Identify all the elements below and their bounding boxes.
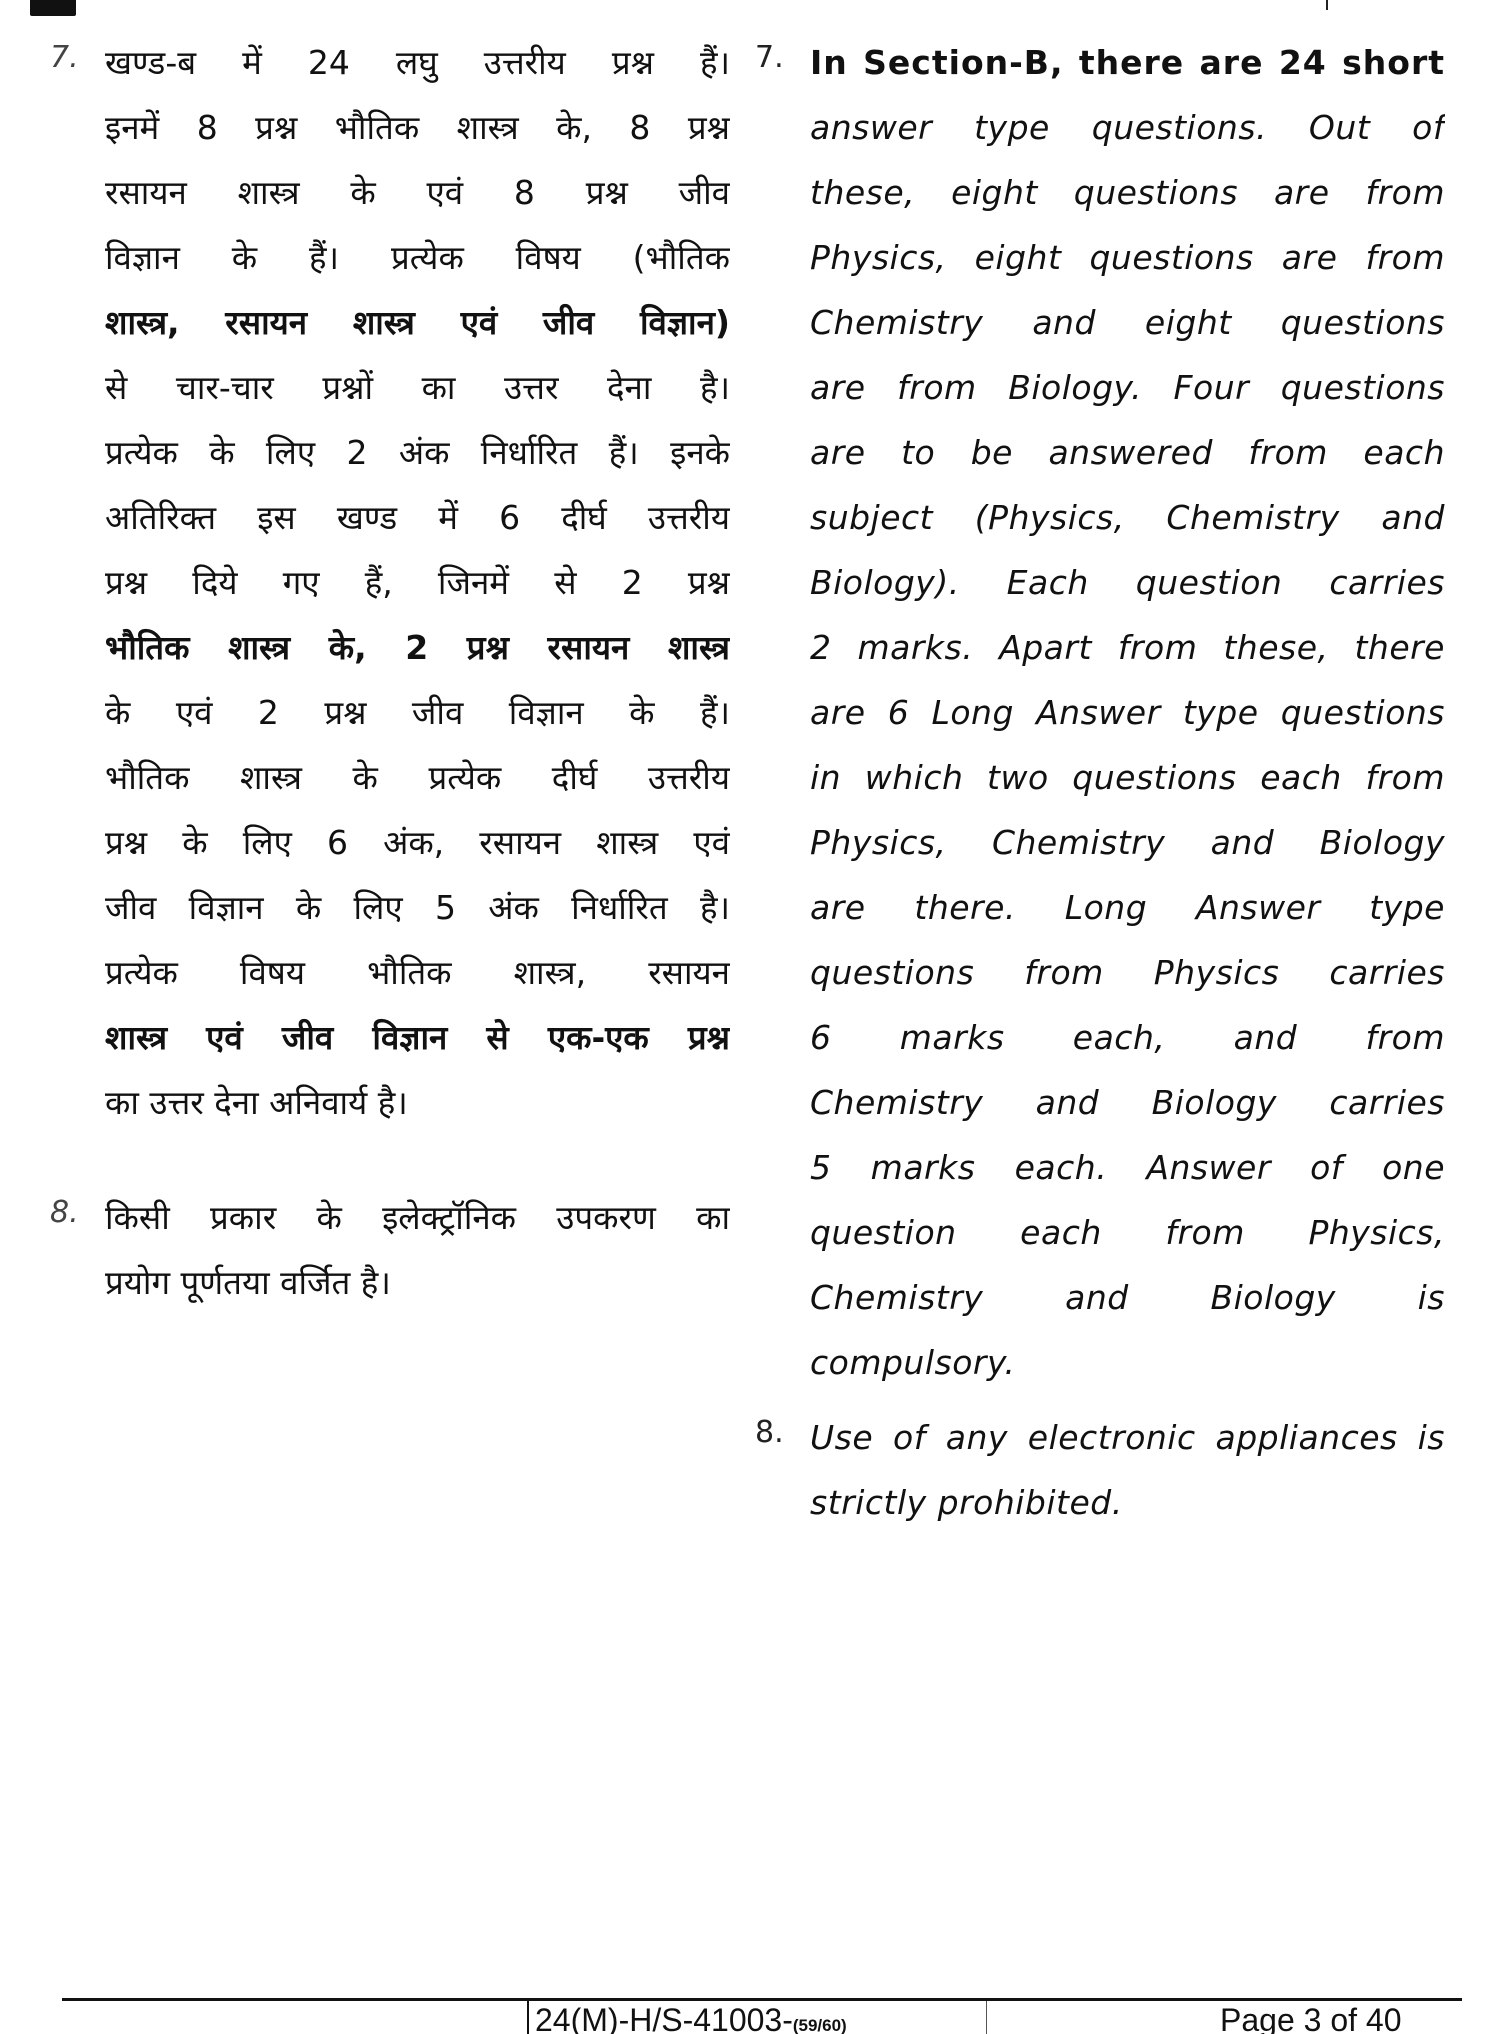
text-line: अतिरिक्त इस खण्ड में 6 दीर्घ उत्तरीय bbox=[105, 485, 730, 550]
text-line: प्रयोग पूर्णतया वर्जित है। bbox=[105, 1250, 730, 1315]
text-line: subject (Physics, Chemistry and bbox=[810, 485, 1445, 550]
text-line: strictly prohibited. bbox=[810, 1470, 1445, 1535]
corner-marker bbox=[30, 0, 76, 16]
text-line: answer type questions. Out of bbox=[810, 95, 1445, 160]
text-line: are to be answered from each bbox=[810, 420, 1445, 485]
text-line: Physics, Chemistry and Biology bbox=[810, 810, 1445, 875]
text-line: are 6 Long Answer type questions bbox=[810, 680, 1445, 745]
paper-code-suffix: (59/60) bbox=[793, 2016, 847, 2034]
text-line: Chemistry and eight questions bbox=[810, 290, 1445, 355]
text-line: question each from Physics, bbox=[810, 1200, 1445, 1265]
text-line: Biology). Each question carries bbox=[810, 550, 1445, 615]
english-instruction-8: 8. Use of any electronic appliances is s… bbox=[755, 1405, 1445, 1535]
text-line: प्रत्येक विषय भौतिक शास्त्र, रसायन bbox=[105, 940, 730, 1005]
text-line: प्रत्येक के लिए 2 अंक निर्धारित हैं। इनक… bbox=[105, 420, 730, 485]
paper-code: 24(M)-H/S-41003-(59/60) bbox=[527, 2001, 987, 2034]
item-number: 8. bbox=[50, 1195, 79, 1230]
text-line: are there. Long Answer type bbox=[810, 875, 1445, 940]
english-instruction-7: 7. In Section-B, there are 24 short answ… bbox=[755, 30, 1445, 1395]
text-line: जीव विज्ञान के लिए 5 अंक निर्धारित है। bbox=[105, 875, 730, 940]
page-number: Page 3 of 40 bbox=[1220, 2001, 1401, 2034]
text-line: शास्त्र एवं जीव विज्ञान से एक-एक प्रश्न bbox=[105, 1005, 730, 1070]
hindi-instruction-7: 7. खण्ड-ब में 24 लघु उत्तरीय प्रश्न हैं।… bbox=[50, 30, 730, 1135]
text-line: in which two questions each from bbox=[810, 745, 1445, 810]
item-number: 8. bbox=[755, 1415, 784, 1450]
text-line: के एवं 2 प्रश्न जीव विज्ञान के हैं। bbox=[105, 680, 730, 745]
text-line: इनमें 8 प्रश्न भौतिक शास्त्र के, 8 प्रश्… bbox=[105, 95, 730, 160]
text-line: 5 marks each. Answer of one bbox=[810, 1135, 1445, 1200]
text-line: किसी प्रकार के इलेक्ट्रॉनिक उपकरण का bbox=[105, 1185, 730, 1250]
text-line: का उत्तर देना अनिवार्य है। bbox=[105, 1070, 730, 1135]
top-tick-mark bbox=[1326, 0, 1328, 10]
text-line: शास्त्र, रसायन शास्त्र एवं जीव विज्ञान) bbox=[105, 290, 730, 355]
text-line: विज्ञान के हैं। प्रत्येक विषय (भौतिक bbox=[105, 225, 730, 290]
hindi-instruction-8: 8. किसी प्रकार के इलेक्ट्रॉनिक उपकरण का … bbox=[50, 1185, 730, 1315]
text-line: खण्ड-ब में 24 लघु उत्तरीय प्रश्न हैं। bbox=[105, 30, 730, 95]
text-line: प्रश्न के लिए 6 अंक, रसायन शास्त्र एवं bbox=[105, 810, 730, 875]
text-line: 2 marks. Apart from these, there bbox=[810, 615, 1445, 680]
text-line: 6 marks each, and from bbox=[810, 1005, 1445, 1070]
item-number: 7. bbox=[755, 40, 784, 75]
english-column: 7. In Section-B, there are 24 short answ… bbox=[755, 30, 1445, 1535]
paper-code-text: 24(M)-H/S-41003- bbox=[535, 2002, 793, 2034]
text-line: भौतिक शास्त्र के प्रत्येक दीर्घ उत्तरीय bbox=[105, 745, 730, 810]
text-line: these, eight questions are from bbox=[810, 160, 1445, 225]
text-line: In Section-B, there are 24 short bbox=[810, 30, 1445, 95]
text-line: Chemistry and Biology is bbox=[810, 1265, 1445, 1330]
hindi-column: 7. खण्ड-ब में 24 लघु उत्तरीय प्रश्न हैं।… bbox=[50, 30, 730, 1315]
text-line: are from Biology. Four questions bbox=[810, 355, 1445, 420]
text-line: से चार-चार प्रश्नों का उत्तर देना है। bbox=[105, 355, 730, 420]
text-line: Physics, eight questions are from bbox=[810, 225, 1445, 290]
text-line: compulsory. bbox=[810, 1330, 1445, 1395]
text-line: भौतिक शास्त्र के, 2 प्रश्न रसायन शास्त्र bbox=[105, 615, 730, 680]
text-line: रसायन शास्त्र के एवं 8 प्रश्न जीव bbox=[105, 160, 730, 225]
text-line: Chemistry and Biology carries bbox=[810, 1070, 1445, 1135]
item-number: 7. bbox=[50, 40, 79, 75]
text-line: प्रश्न दिये गए हैं, जिनमें से 2 प्रश्न bbox=[105, 550, 730, 615]
text-line: questions from Physics carries bbox=[810, 940, 1445, 1005]
text-line: Use of any electronic appliances is bbox=[810, 1405, 1445, 1470]
